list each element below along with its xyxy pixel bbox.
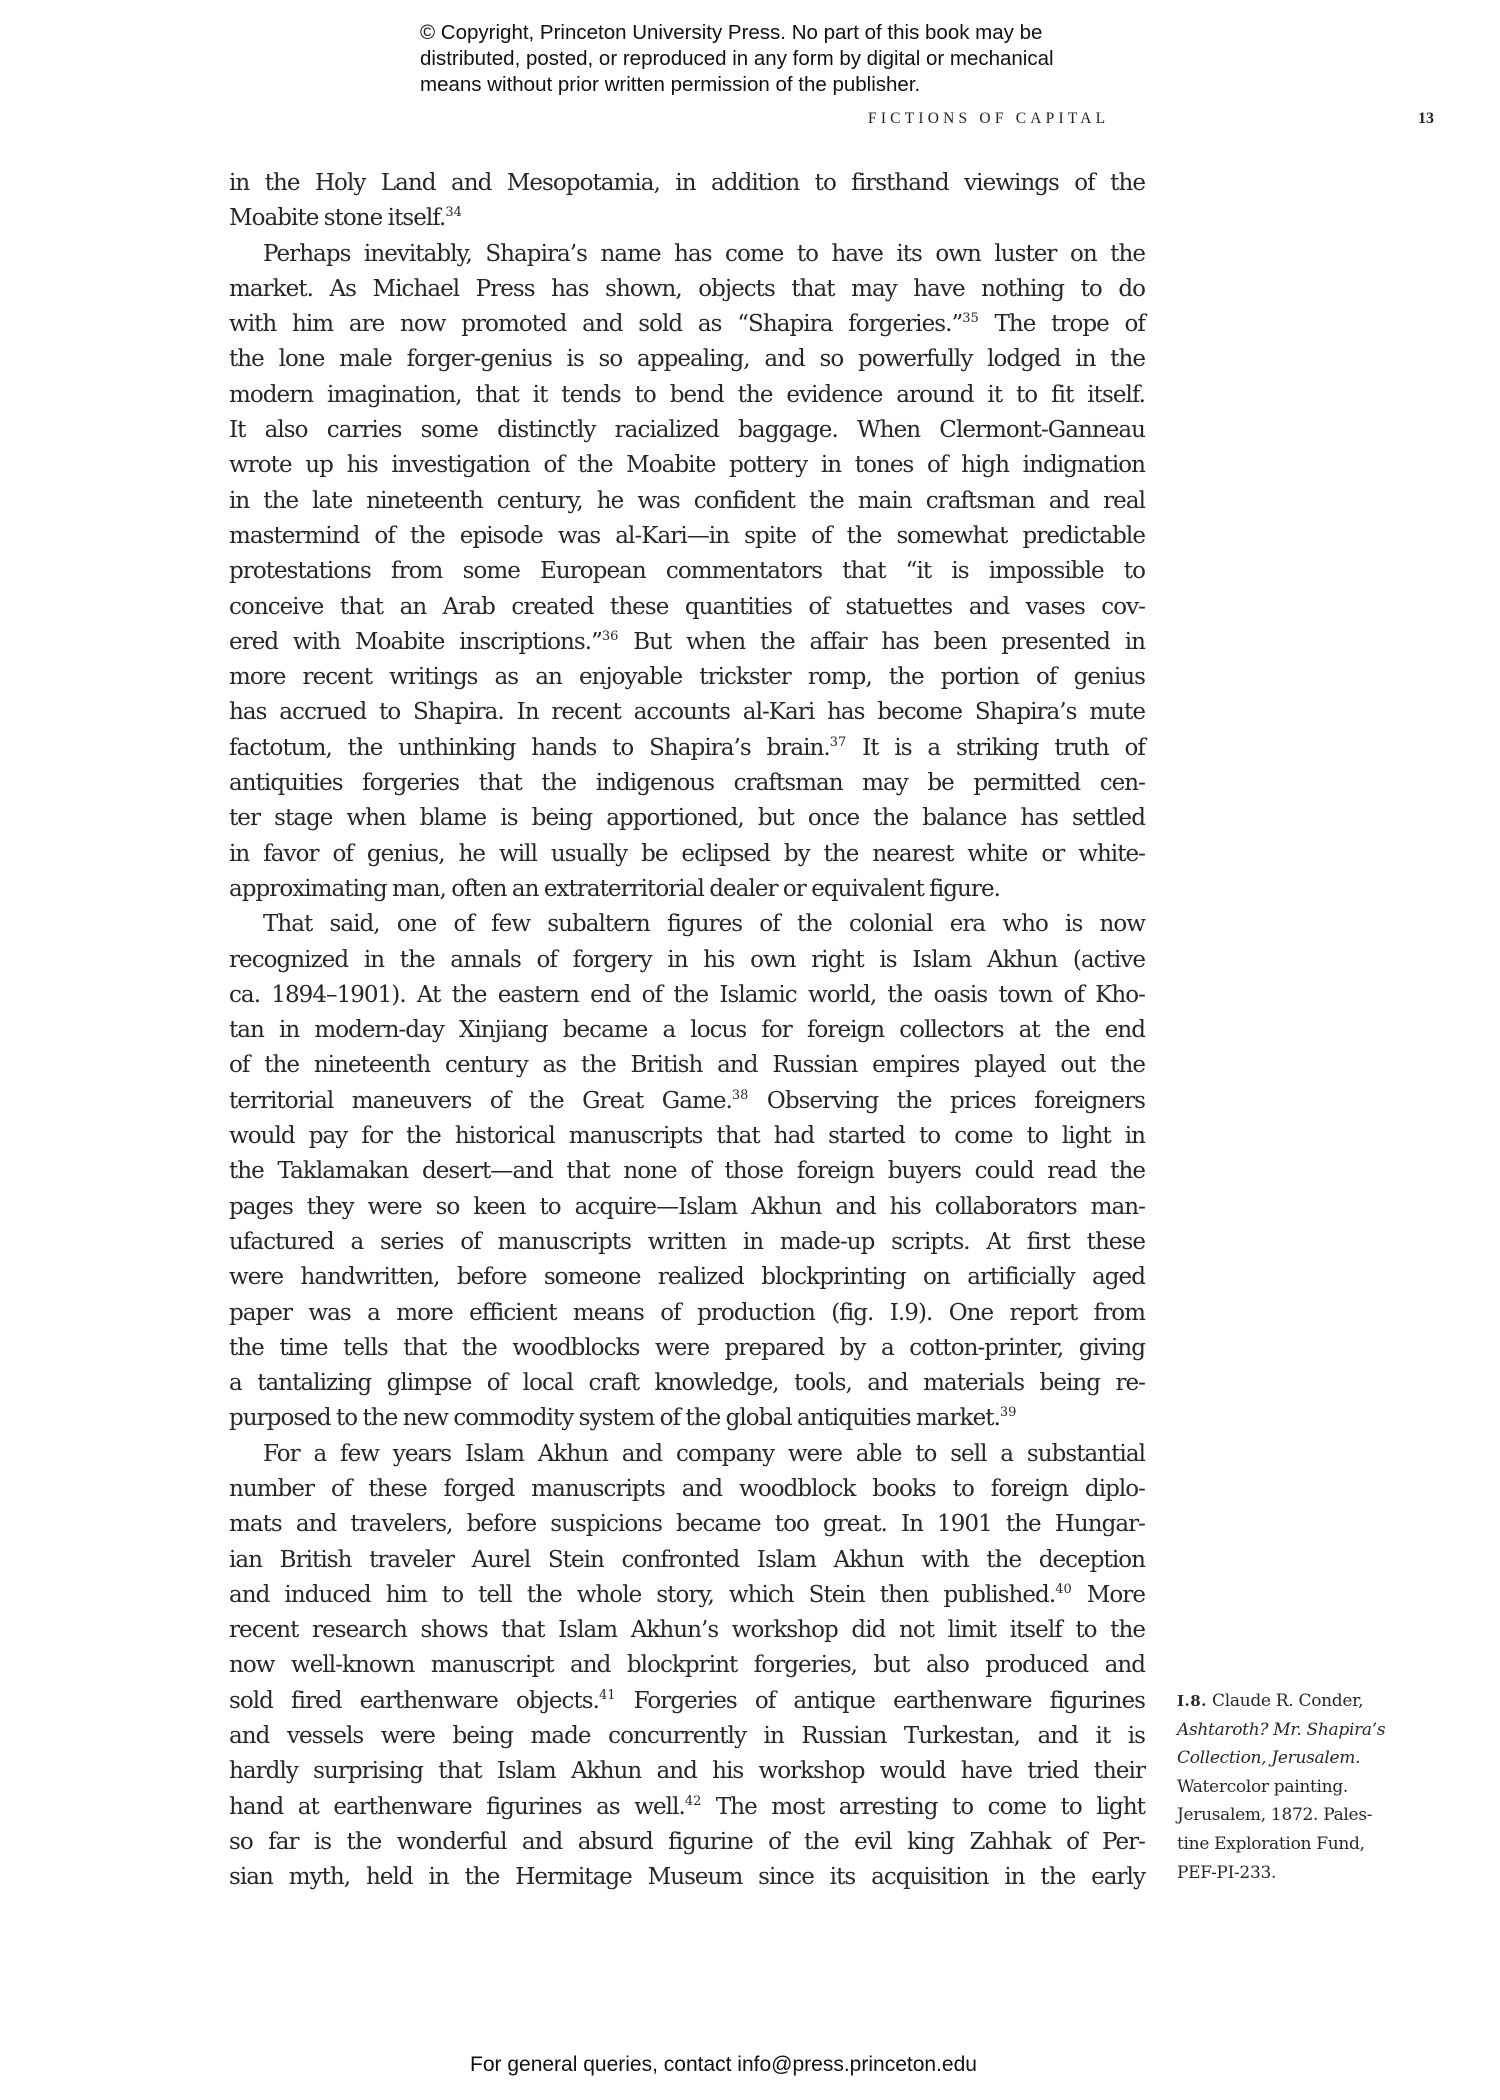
text-line: It also carries some distinctly racializ… — [229, 413, 1145, 448]
copyright-line: © Copyright, Princeton University Press.… — [420, 20, 1140, 46]
text-line: paper was a more efficient means of prod… — [229, 1296, 1145, 1331]
footnote-marker[interactable]: 38 — [732, 1088, 749, 1103]
caption-line: PEF-PI-233. — [1177, 1859, 1417, 1888]
footnote-marker[interactable]: 35 — [962, 311, 979, 326]
footnote-marker[interactable]: 37 — [830, 735, 847, 750]
footnote-marker[interactable]: 36 — [602, 629, 619, 644]
text-line: modern imagination, that it tends to ben… — [229, 378, 1145, 413]
figure-number: I.8. — [1177, 1692, 1207, 1710]
text-line: hand at earthenware figurines as well.42… — [229, 1790, 1145, 1825]
text-line: factotum, the unthinking hands to Shapir… — [229, 731, 1145, 766]
text-line: ufactured a series of manuscripts writte… — [229, 1225, 1145, 1260]
text-line: the Taklamakan desert—and that none of t… — [229, 1154, 1145, 1189]
body-text: in the Holy Land and Mesopotamia, in add… — [229, 166, 1145, 1896]
text-line: ered with Moabite inscriptions.”36 But w… — [229, 625, 1145, 660]
text-line: tan in modern-day Xinjiang became a locu… — [229, 1013, 1145, 1048]
text-line: For a few years Islam Akhun and company … — [229, 1437, 1145, 1472]
text-line: approximating man, often an extraterrito… — [229, 872, 1145, 907]
text-line: market. As Michael Press has shown, obje… — [229, 272, 1145, 307]
footnote-marker[interactable]: 34 — [445, 205, 462, 220]
text-line: in the Holy Land and Mesopotamia, in add… — [229, 166, 1145, 201]
copyright-line: means without prior written permission o… — [420, 72, 1140, 98]
text-line: conceive that an Arab created these quan… — [229, 590, 1145, 625]
text-line: territorial maneuvers of the Great Game.… — [229, 1084, 1145, 1119]
caption-line: Watercolor painting. — [1177, 1773, 1417, 1802]
text-line: a tantalizing glimpse of local craft kno… — [229, 1366, 1145, 1401]
text-line: and induced him to tell the whole story,… — [229, 1578, 1145, 1613]
figure-caption: I.8. Claude R. Conder,Ashtaroth? Mr. Sha… — [1177, 1687, 1417, 1887]
text-line: ian British traveler Aurel Stein confron… — [229, 1543, 1145, 1578]
text-line: the time tells that the woodblocks were … — [229, 1331, 1145, 1366]
text-line: were handwritten, before someone realize… — [229, 1260, 1145, 1295]
footnote-marker[interactable]: 40 — [1055, 1582, 1072, 1597]
text-line: That said, one of few subaltern figures … — [229, 907, 1145, 942]
text-line: mats and travelers, before suspicions be… — [229, 1507, 1145, 1542]
text-line: recognized in the annals of forgery in h… — [229, 943, 1145, 978]
text-line: mastermind of the episode was al-Kari—in… — [229, 519, 1145, 554]
text-line: ter stage when blame is being apportione… — [229, 801, 1145, 836]
text-line: number of these forged manuscripts and w… — [229, 1472, 1145, 1507]
text-line: with him are now promoted and sold as “S… — [229, 307, 1145, 342]
caption-line: I.8. Claude R. Conder, — [1177, 1687, 1417, 1716]
text-line: would pay for the historical manuscripts… — [229, 1119, 1145, 1154]
text-line: in favor of genius, he will usually be e… — [229, 837, 1145, 872]
caption-line: Ashtaroth? Mr. Shapira’s — [1177, 1716, 1417, 1745]
text-line: recent research shows that Islam Akhun’s… — [229, 1613, 1145, 1648]
text-line: more recent writings as an enjoyable tri… — [229, 660, 1145, 695]
footnote-marker[interactable]: 41 — [599, 1688, 616, 1703]
caption-line: tine Exploration Fund, — [1177, 1830, 1417, 1859]
text-line: and vessels were being made concurrently… — [229, 1719, 1145, 1754]
caption-line: Jerusalem, 1872. Pales- — [1177, 1801, 1417, 1830]
text-line: has accrued to Shapira. In recent accoun… — [229, 695, 1145, 730]
text-line: sian myth, held in the Hermitage Museum … — [229, 1860, 1145, 1895]
copyright-line: distributed, posted, or reproduced in an… — [420, 46, 1140, 72]
text-line: protestations from some European comment… — [229, 554, 1145, 589]
text-line: the lone male forger-genius is so appeal… — [229, 342, 1145, 377]
text-line: Perhaps inevitably, Shapira’s name has c… — [229, 237, 1145, 272]
text-line: so far is the wonderful and absurd figur… — [229, 1825, 1145, 1860]
text-line: Moabite stone itself.34 — [229, 201, 1145, 236]
text-line: ca. 1894–1901). At the eastern end of th… — [229, 978, 1145, 1013]
caption-line: Collection, Jerusalem. — [1177, 1744, 1417, 1773]
footnote-marker[interactable]: 39 — [1000, 1405, 1017, 1420]
text-line: now well-known manuscript and blockprint… — [229, 1648, 1145, 1683]
text-line: sold fired earthenware objects.41 Forger… — [229, 1684, 1145, 1719]
copyright-notice: © Copyright, Princeton University Press.… — [420, 20, 1140, 98]
running-head: FICTIONS OF CAPITAL — [868, 110, 1109, 128]
footnote-marker[interactable]: 42 — [685, 1794, 702, 1809]
text-line: antiquities forgeries that the indigenou… — [229, 766, 1145, 801]
text-line: purposed to the new commodity system of … — [229, 1401, 1145, 1436]
page-number: 13 — [1418, 110, 1434, 128]
footer-contact: For general queries, contact info@press.… — [470, 2053, 977, 2077]
text-line: of the nineteenth century as the British… — [229, 1048, 1145, 1083]
text-line: hardly surprising that Islam Akhun and h… — [229, 1754, 1145, 1789]
text-line: in the late nineteenth century, he was c… — [229, 484, 1145, 519]
text-line: pages they were so keen to acquire—Islam… — [229, 1190, 1145, 1225]
text-line: wrote up his investigation of the Moabit… — [229, 448, 1145, 483]
